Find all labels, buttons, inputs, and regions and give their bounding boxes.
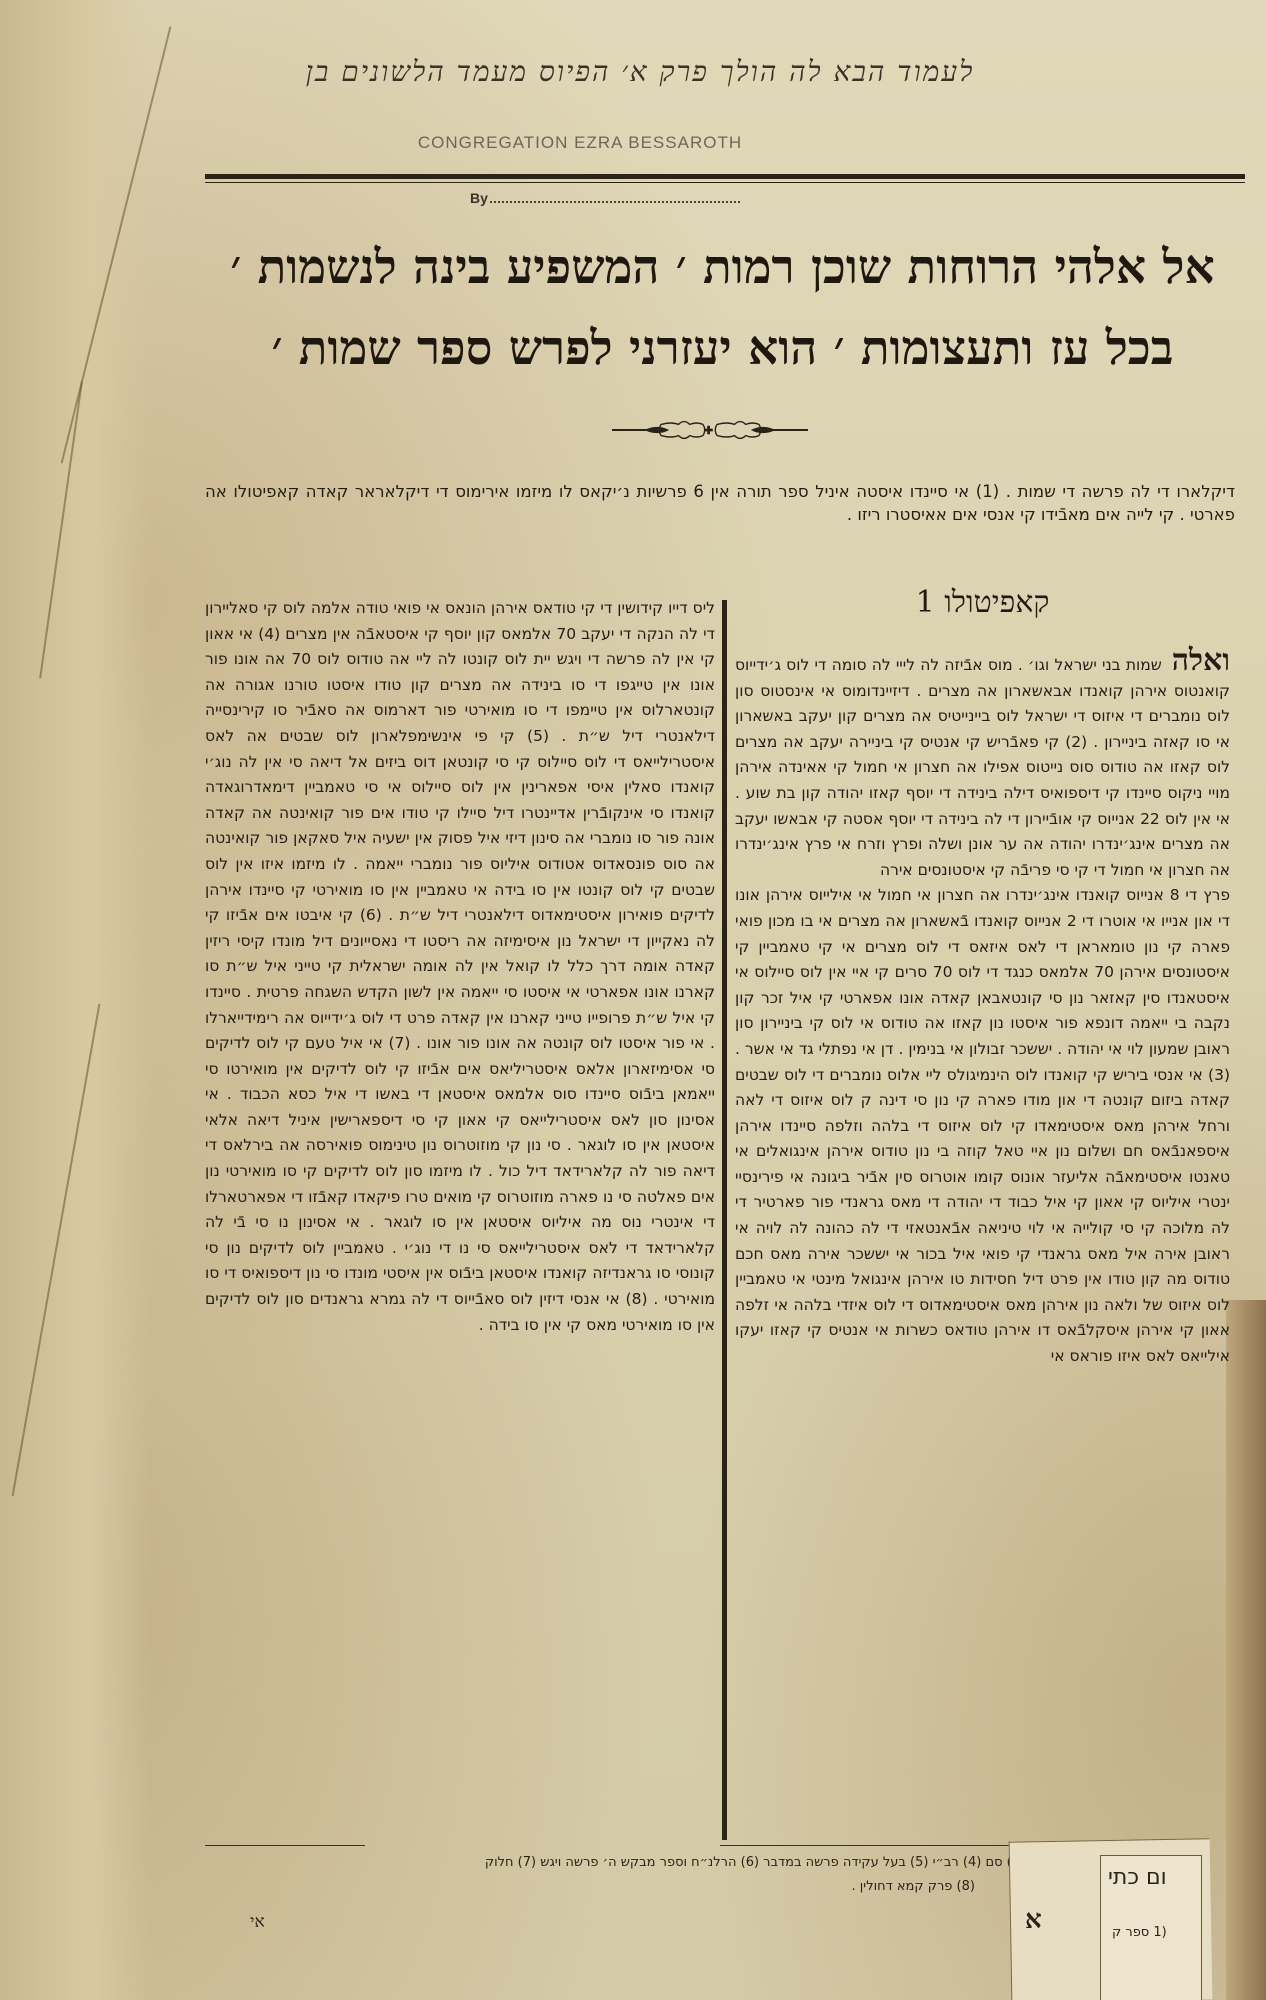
intro-paragraph: דיקלארו די לה פרשה די שמות . (1) אי סיינ… — [205, 480, 1235, 526]
left-text-column: ליס דייו קידושין די קי טודאס אירהן הונאס… — [205, 596, 715, 1338]
by-line: By — [470, 190, 740, 206]
footnote-line-1: (1) מיית (2) תנחומא (3) סם (4) רב״י (5) … — [205, 1851, 1145, 1875]
headline-line-2: בכל עז ותעצומות ׳ הוא יעזרני לפרש ספר שמ… — [205, 325, 1240, 372]
paragraph-text: שמות בני ישראל וגו׳ . מוס אבֿיזה לה לייי… — [735, 656, 1230, 879]
patch-text-top: ום כתי — [1108, 1865, 1167, 1890]
column-paragraph: ליס דייו קידושין די קי טודאס אירהן הונאס… — [205, 596, 715, 1338]
ornament-divider-icon — [600, 416, 820, 444]
chapter-title: קאפיטולו 1 — [735, 585, 1230, 620]
headline-line-1: אל אלהי הרוחות שוכן רמות ׳ המשפיע בינה ל… — [205, 244, 1240, 291]
column-paragraph: ואלהשמות בני ישראל וגו׳ . מוס אבֿיזה לה … — [735, 648, 1230, 883]
footnote-rule — [720, 1845, 1040, 1846]
column-divider-rule — [722, 600, 727, 1840]
page-signature: אי — [250, 1912, 265, 1932]
footnote-rule — [205, 1845, 365, 1846]
opening-word: ואלה — [1172, 643, 1230, 678]
right-text-column: ואלהשמות בני ישראל וגו׳ . מוס אבֿיזה לה … — [735, 648, 1230, 1370]
signature-dotted-line — [490, 201, 740, 203]
column-paragraph: פרץ די 8 אנייוס קואנדו אינג׳ינדרו אה חצר… — [735, 883, 1230, 1369]
binding-edge — [1226, 1300, 1266, 2000]
by-label: By — [470, 190, 488, 206]
sheet-letter: א — [1025, 1905, 1042, 1935]
header-double-rule — [205, 174, 1245, 184]
congregation-stamp: CONGREGATION EZRA BESSAROTH — [300, 133, 860, 153]
handwritten-note: לעמוד הבא לה הולך פרק א׳ הפיוס מעמד הלשו… — [190, 55, 1090, 89]
footnotes: (1) מיית (2) תנחומא (3) סם (4) רב״י (5) … — [205, 1851, 1145, 1899]
footnote-line-2: (8) פרק קמא דחולין . — [205, 1875, 1145, 1899]
torn-left-margin — [0, 0, 150, 2000]
patch-text-bottom: (1 ספר ק — [1112, 1925, 1167, 1940]
